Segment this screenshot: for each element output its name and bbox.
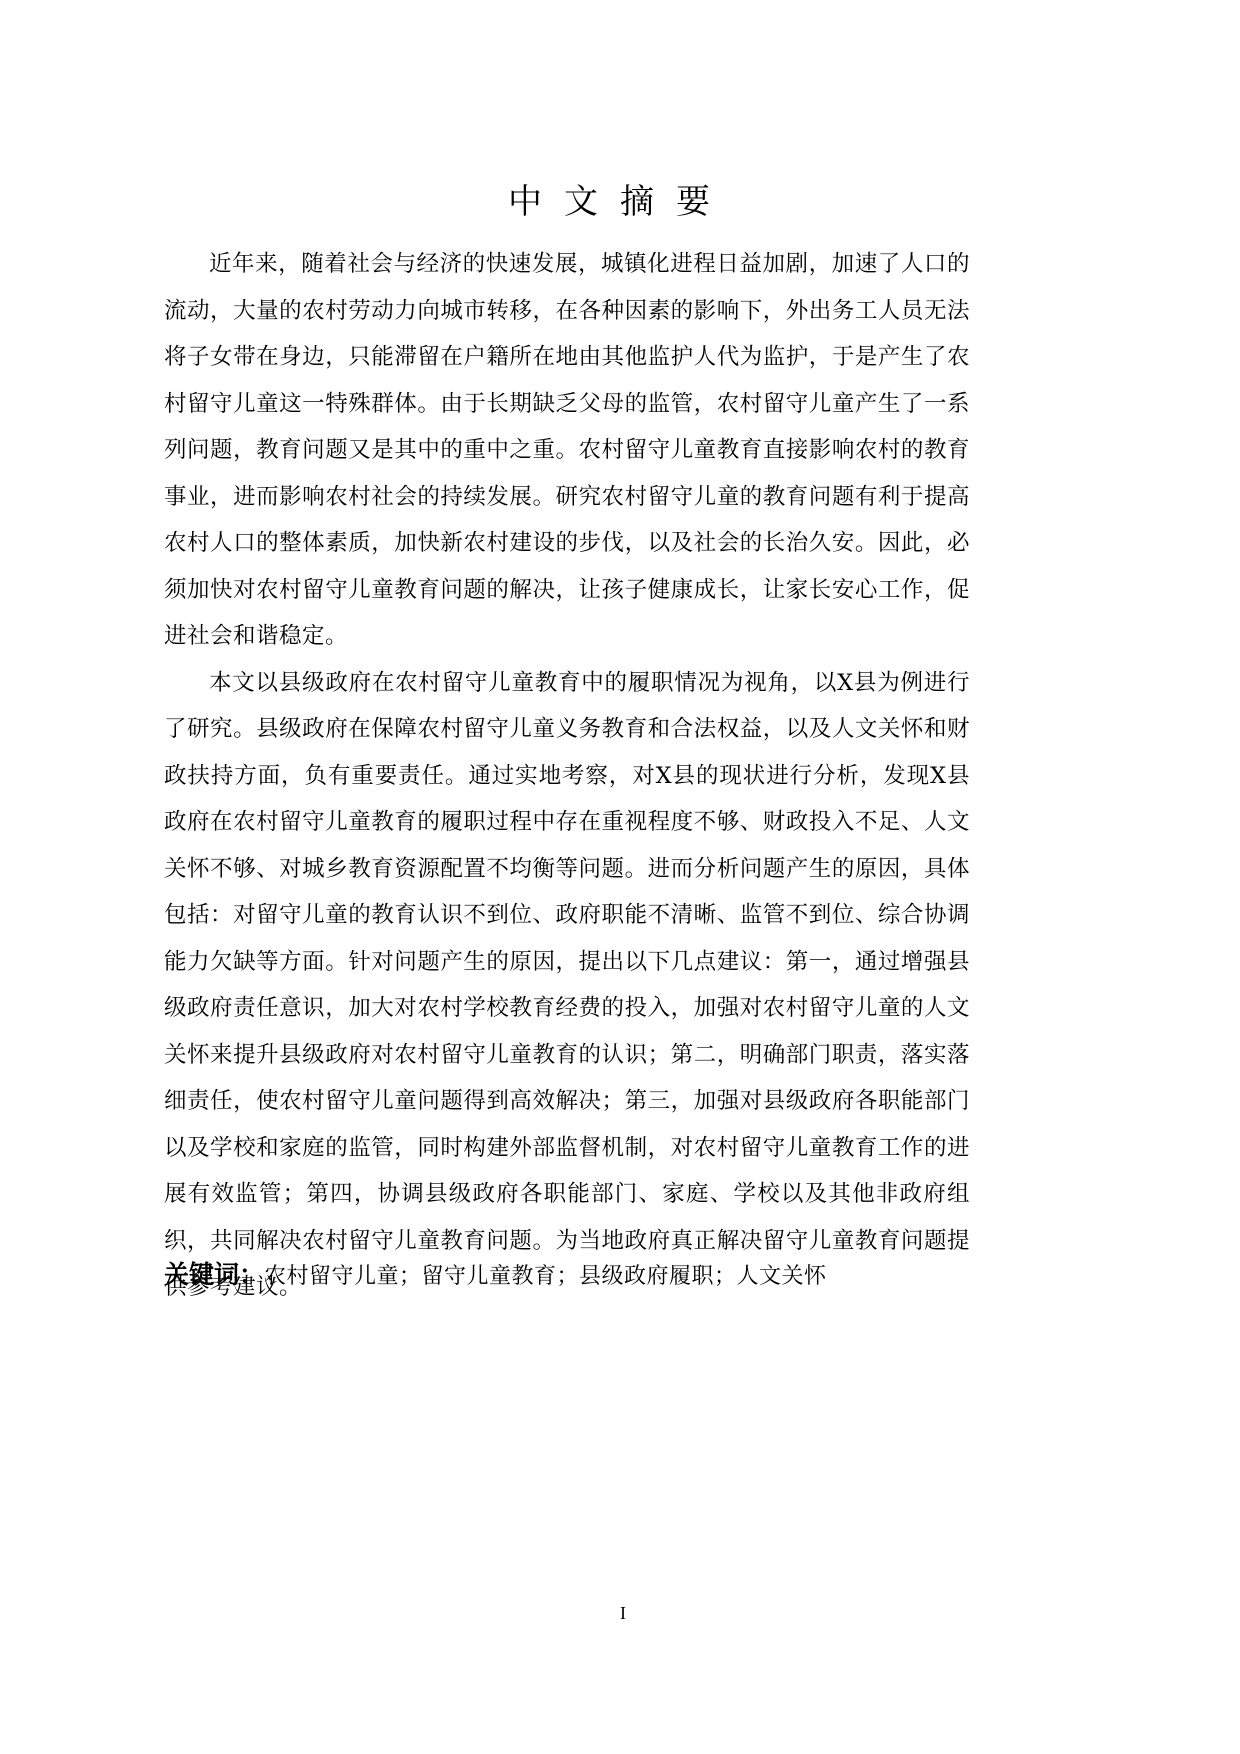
page-number: I: [0, 1600, 1240, 1626]
abstract-body: 近年来，随着社会与经济的快速发展，城镇化进程日益加剧，加速了人口的流动，大量的农…: [164, 241, 970, 1311]
keywords-label: 关键词：: [164, 1260, 264, 1289]
abstract-title: 中文摘要: [0, 180, 1240, 224]
abstract-paragraph-1: 近年来，随着社会与经济的快速发展，城镇化进程日益加剧，加速了人口的流动，大量的农…: [164, 241, 970, 660]
keywords-values: 农村留守儿童；留守儿童教育；县级政府履职；人文关怀: [264, 1264, 827, 1289]
document-page: 中文摘要 近年来，随着社会与经济的快速发展，城镇化进程日益加剧，加速了人口的流动…: [0, 0, 1240, 1754]
abstract-paragraph-2: 本文以县级政府在农村留守儿童教育中的履职情况为视角，以X县为例进行了研究。县级政…: [164, 660, 970, 1311]
keywords-line: 关键词：农村留守儿童；留守儿童教育；县级政府履职；人文关怀: [164, 1252, 984, 1300]
